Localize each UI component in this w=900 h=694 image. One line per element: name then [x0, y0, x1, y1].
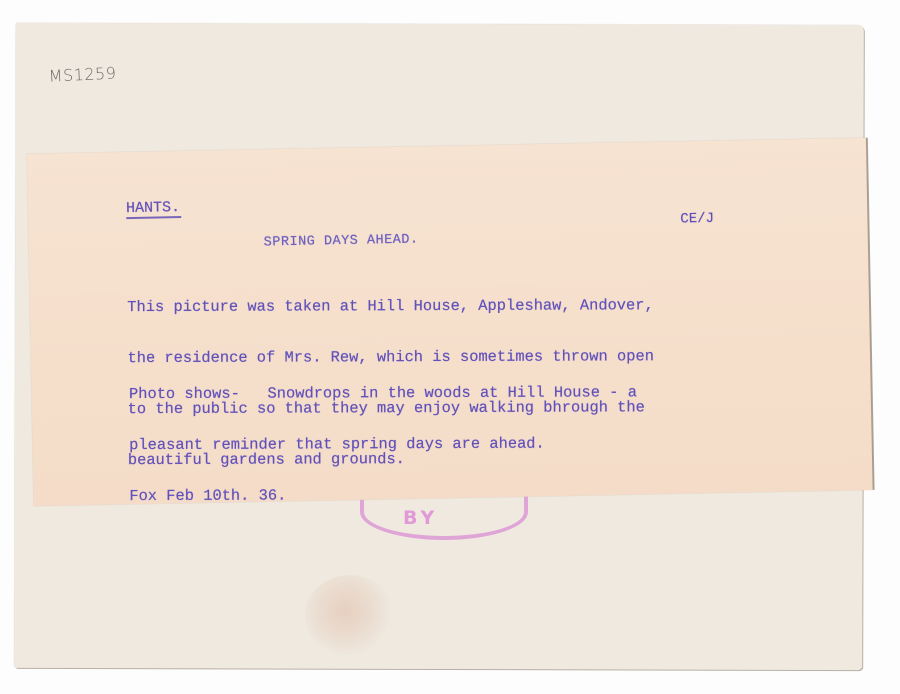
photo-shows-line: pleasant reminder that spring days are a…: [129, 435, 637, 454]
description-line: This picture was taken at Hill House, Ap…: [127, 297, 654, 316]
caption-slip: HANTS. CE/J SPRING DAYS AHEAD. This pict…: [27, 138, 874, 506]
credit-date-line: Fox Feb 10th. 36.: [129, 486, 637, 505]
photo-shows-line: Photo shows- Snowdrops in the woods at H…: [129, 384, 637, 403]
photo-shows-paragraph: Photo shows- Snowdrops in the woods at H…: [129, 350, 638, 539]
foxing-stain: [305, 575, 395, 655]
catalogue-number: MS1259: [48, 63, 117, 85]
slip-edge-shadow: [866, 138, 875, 490]
headline: SPRING DAYS AHEAD.: [264, 233, 419, 251]
county-label: HANTS.: [126, 199, 180, 217]
reference-code: CE/J: [680, 211, 714, 228]
county-underline: [126, 216, 181, 219]
